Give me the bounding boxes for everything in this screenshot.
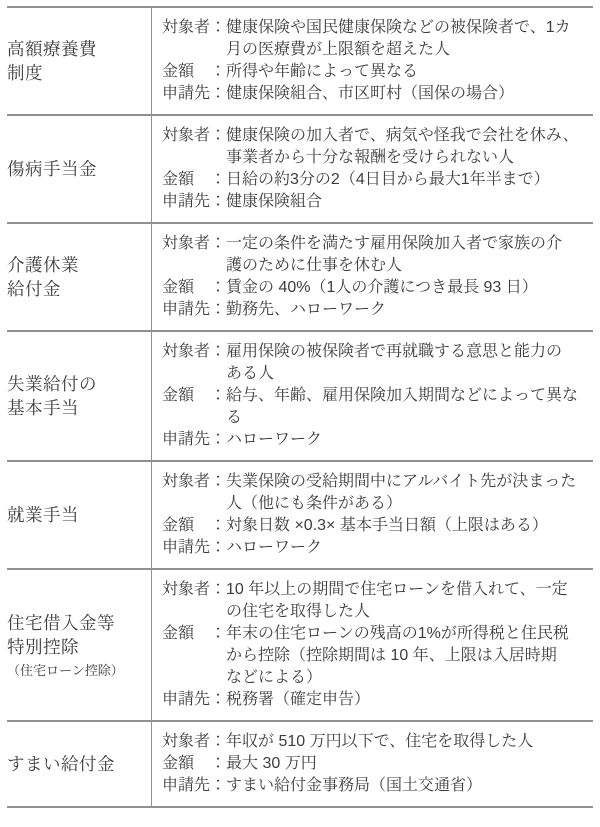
detail-label: 申請先：	[162, 537, 226, 559]
detail-line: 金額 ： 年末の住宅ローンの残高の1%が所得税と住民税 から控除（控除期間は 1…	[162, 623, 589, 689]
detail-line: 対象者： 健康保険や国民健康保険などの被保険者で、1カ 月の医療費が上限額を超え…	[162, 17, 589, 61]
detail-line: 対象者： 失業保険の受給期間中にアルバイト先が決まった 人（他にも条件がある）	[162, 471, 589, 515]
detail-line: 対象者： 年収が 510 万円以下で、住宅を取得した人	[162, 731, 589, 753]
detail-line: 対象者： 一定の条件を満たす雇用保険加入者で家族の介 護のために仕事を休む人	[162, 233, 589, 277]
benefit-subtitle: （住宅ローン控除）	[7, 661, 147, 680]
benefit-name-cell: 介護休業 給付金	[7, 224, 152, 330]
benefit-title: すまい給付金	[7, 752, 147, 776]
detail-text: すまい給付金事務局（国土交通省）	[226, 775, 482, 797]
benefit-details-cell: 対象者： 健康保険や国民健康保険などの被保険者で、1カ 月の医療費が上限額を超え…	[152, 8, 593, 114]
benefit-title: 傷病手当金	[7, 157, 147, 181]
detail-line: 申請先： 税務署（確定申告）	[162, 689, 589, 711]
table-row: すまい給付金 対象者： 年収が 510 万円以下で、住宅を取得した人 金額 ： …	[7, 720, 593, 806]
detail-label: 金額 ：	[162, 169, 226, 191]
detail-text: 雇用保険の被保険者で再就職する意思と能力の ある人	[226, 341, 562, 385]
detail-label: 対象者：	[162, 233, 226, 255]
benefit-title: 介護休業 給付金	[7, 253, 147, 301]
detail-text: 10 年以上の期間で住宅ローンを借入れて、一定 の住宅を取得した人	[226, 579, 568, 623]
benefit-title: 住宅借入金等 特別控除	[7, 611, 147, 659]
detail-text: 健康保険組合、市区町村（国保の場合）	[226, 83, 514, 105]
table-row: 失業給付の 基本手当 対象者： 雇用保険の被保険者で再就職する意思と能力の ある…	[7, 330, 593, 460]
detail-label: 申請先：	[162, 83, 226, 105]
benefit-name-cell: 失業給付の 基本手当	[7, 332, 152, 460]
benefit-details-cell: 対象者： 健康保険の加入者で、病気や怪我で会社を休み、 事業者から十分な報酬を受…	[152, 116, 593, 222]
detail-label: 申請先：	[162, 299, 226, 321]
detail-line: 申請先： すまい給付金事務局（国土交通省）	[162, 775, 589, 797]
detail-text: 健康保険や国民健康保険などの被保険者で、1カ 月の医療費が上限額を超えた人	[226, 17, 571, 61]
detail-text: 年末の住宅ローンの残高の1%が所得税と住民税 から控除（控除期間は 10 年、上…	[226, 623, 569, 689]
detail-label: 申請先：	[162, 775, 226, 797]
detail-line: 金額 ： 賃金の 40%（1人の介護につき最長 93 日）	[162, 277, 589, 299]
detail-text: 失業保険の受給期間中にアルバイト先が決まった 人（他にも条件がある）	[226, 471, 576, 515]
detail-label: 対象者：	[162, 125, 226, 147]
table-row: 介護休業 給付金 対象者： 一定の条件を満たす雇用保険加入者で家族の介 護のため…	[7, 222, 593, 330]
detail-text: 最大 30 万円	[226, 753, 317, 775]
detail-line: 申請先： 健康保険組合、市区町村（国保の場合）	[162, 83, 589, 105]
detail-line: 申請先： 健康保険組合	[162, 191, 589, 213]
benefit-title: 失業給付の 基本手当	[7, 372, 147, 420]
detail-line: 対象者： 10 年以上の期間で住宅ローンを借入れて、一定 の住宅を取得した人	[162, 579, 589, 623]
detail-text: 健康保険組合	[226, 191, 322, 213]
detail-label: 対象者：	[162, 579, 226, 601]
detail-label: 金額 ：	[162, 753, 226, 775]
benefit-details-cell: 対象者： 雇用保険の被保険者で再就職する意思と能力の ある人 金額 ： 給与、年…	[152, 332, 593, 460]
detail-line: 対象者： 雇用保険の被保険者で再就職する意思と能力の ある人	[162, 341, 589, 385]
detail-text: 勤務先、ハローワーク	[226, 299, 386, 321]
benefits-table: 高額療養費 制度 対象者： 健康保険や国民健康保険などの被保険者で、1カ 月の医…	[7, 6, 593, 808]
detail-text: 賃金の 40%（1人の介護につき最長 93 日）	[226, 277, 538, 299]
detail-label: 対象者：	[162, 17, 226, 39]
detail-text: 年収が 510 万円以下で、住宅を取得した人	[226, 731, 533, 753]
benefit-name-cell: 傷病手当金	[7, 116, 152, 222]
detail-line: 金額 ： 給与、年齢、雇用保険加入期間などによって異な る	[162, 385, 589, 429]
table-row: 就業手当 対象者： 失業保険の受給期間中にアルバイト先が決まった 人（他にも条件…	[7, 460, 593, 568]
benefit-details-cell: 対象者： 失業保険の受給期間中にアルバイト先が決まった 人（他にも条件がある） …	[152, 462, 593, 568]
detail-line: 金額 ： 日給の約3分の2（4日目から最大1年半まで）	[162, 169, 589, 191]
detail-label: 申請先：	[162, 429, 226, 451]
detail-label: 金額 ：	[162, 277, 226, 299]
benefit-name-cell: 高額療養費 制度	[7, 8, 152, 114]
table-row: 高額療養費 制度 対象者： 健康保険や国民健康保険などの被保険者で、1カ 月の医…	[7, 6, 593, 114]
detail-line: 金額 ： 対象日数 ×0.3× 基本手当日額（上限はある）	[162, 515, 589, 537]
detail-label: 対象者：	[162, 471, 226, 493]
detail-line: 申請先： 勤務先、ハローワーク	[162, 299, 589, 321]
benefit-title: 高額療養費 制度	[7, 37, 147, 85]
benefit-title: 就業手当	[7, 503, 147, 527]
benefit-name-cell: 就業手当	[7, 462, 152, 568]
detail-line: 金額 ： 所得や年齢によって異なる	[162, 61, 589, 83]
table-row: 傷病手当金 対象者： 健康保険の加入者で、病気や怪我で会社を休み、 事業者から十…	[7, 114, 593, 222]
benefit-name-cell: すまい給付金	[7, 722, 152, 806]
detail-label: 対象者：	[162, 341, 226, 363]
detail-text: 日給の約3分の2（4日目から最大1年半まで）	[226, 169, 550, 191]
detail-label: 対象者：	[162, 731, 226, 753]
detail-text: ハローワーク	[226, 537, 322, 559]
detail-text: 所得や年齢によって異なる	[226, 61, 418, 83]
detail-line: 申請先： ハローワーク	[162, 429, 589, 451]
detail-text: ハローワーク	[226, 429, 322, 451]
detail-label: 金額 ：	[162, 623, 226, 645]
detail-text: 一定の条件を満たす雇用保険加入者で家族の介 護のために仕事を休む人	[226, 233, 562, 277]
detail-text: 対象日数 ×0.3× 基本手当日額（上限はある）	[226, 515, 548, 537]
detail-line: 申請先： ハローワーク	[162, 537, 589, 559]
detail-text: 給与、年齢、雇用保険加入期間などによって異な る	[226, 385, 578, 429]
detail-label: 申請先：	[162, 191, 226, 213]
table-row: 住宅借入金等 特別控除 （住宅ローン控除） 対象者： 10 年以上の期間で住宅ロ…	[7, 568, 593, 720]
benefit-details-cell: 対象者： 一定の条件を満たす雇用保険加入者で家族の介 護のために仕事を休む人 金…	[152, 224, 593, 330]
benefit-name-cell: 住宅借入金等 特別控除 （住宅ローン控除）	[7, 570, 152, 720]
detail-text: 税務署（確定申告）	[226, 689, 370, 711]
detail-label: 金額 ：	[162, 385, 226, 407]
detail-label: 金額 ：	[162, 61, 226, 83]
detail-label: 申請先：	[162, 689, 226, 711]
detail-label: 金額 ：	[162, 515, 226, 537]
detail-line: 対象者： 健康保険の加入者で、病気や怪我で会社を休み、 事業者から十分な報酬を受…	[162, 125, 589, 169]
detail-text: 健康保険の加入者で、病気や怪我で会社を休み、 事業者から十分な報酬を受けられない…	[226, 125, 579, 169]
benefit-details-cell: 対象者： 10 年以上の期間で住宅ローンを借入れて、一定 の住宅を取得した人 金…	[152, 570, 593, 720]
detail-line: 金額 ： 最大 30 万円	[162, 753, 589, 775]
benefit-details-cell: 対象者： 年収が 510 万円以下で、住宅を取得した人 金額 ： 最大 30 万…	[152, 722, 593, 806]
